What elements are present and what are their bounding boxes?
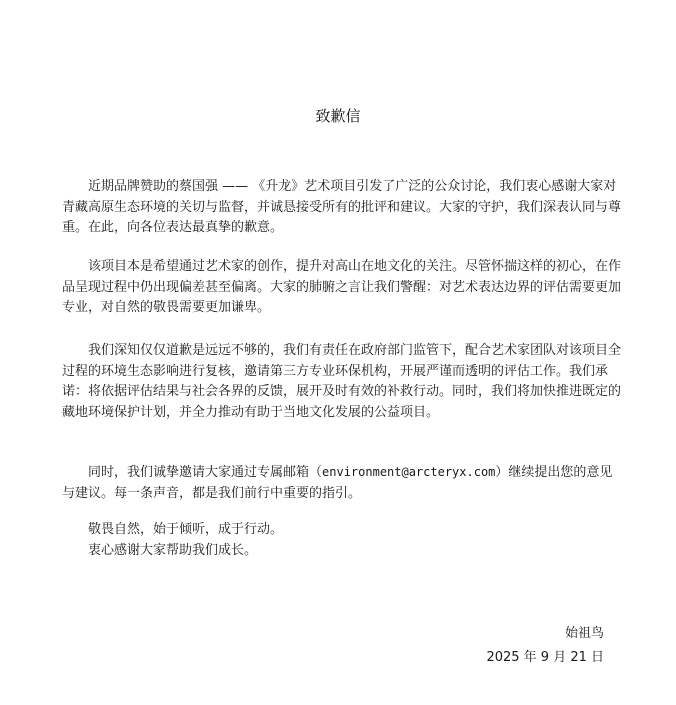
paragraph-text: 该项目本是希望通过艺术家的创作，提升对高山在地文化的关注。尽管怀揣这样的初心，在… [62,257,622,319]
paragraph-3: 我们深知仅仅道歉是远远不够的，我们有责任在政府部门监管下，配合艺术家团队对该项目… [62,341,622,423]
paragraph-2: 该项目本是希望通过艺术家的创作，提升对高山在地文化的关注。尽管怀揣这样的初心，在… [62,257,622,319]
closing-lines: 敬畏自然，始于倾听，成于行动。 衷心感谢大家帮助我们成长。 [62,520,622,561]
signature: 始祖鸟 [486,622,604,646]
text-before-email: 同时，我们诚挚邀请大家通过专属邮箱（ [88,465,322,480]
paragraph-text: 近期品牌赞助的蔡国强 —— 《升龙》艺术项目引发了广泛的公众讨论，我们衷心感谢大… [62,177,622,239]
paragraph-4: 同时，我们诚挚邀请大家通过专属邮箱（environment@arcteryx.c… [62,462,622,504]
paragraph-text: 同时，我们诚挚邀请大家通过专属邮箱（environment@arcteryx.c… [62,462,622,504]
letter-title: 致歉信 [0,105,676,126]
closing-line: 衷心感谢大家帮助我们成长。 [62,541,622,562]
signoff: 始祖鸟 2025 年 9 月 21 日 [486,622,604,670]
email-address: environment@arcteryx.com [322,465,495,479]
letter-date: 2025 年 9 月 21 日 [486,646,604,670]
closing-line: 敬畏自然，始于倾听，成于行动。 [62,520,622,541]
paragraph-text: 我们深知仅仅道歉是远远不够的，我们有责任在政府部门监管下，配合艺术家团队对该项目… [62,341,622,423]
paragraph-1: 近期品牌赞助的蔡国强 —— 《升龙》艺术项目引发了广泛的公众讨论，我们衷心感谢大… [62,177,622,239]
